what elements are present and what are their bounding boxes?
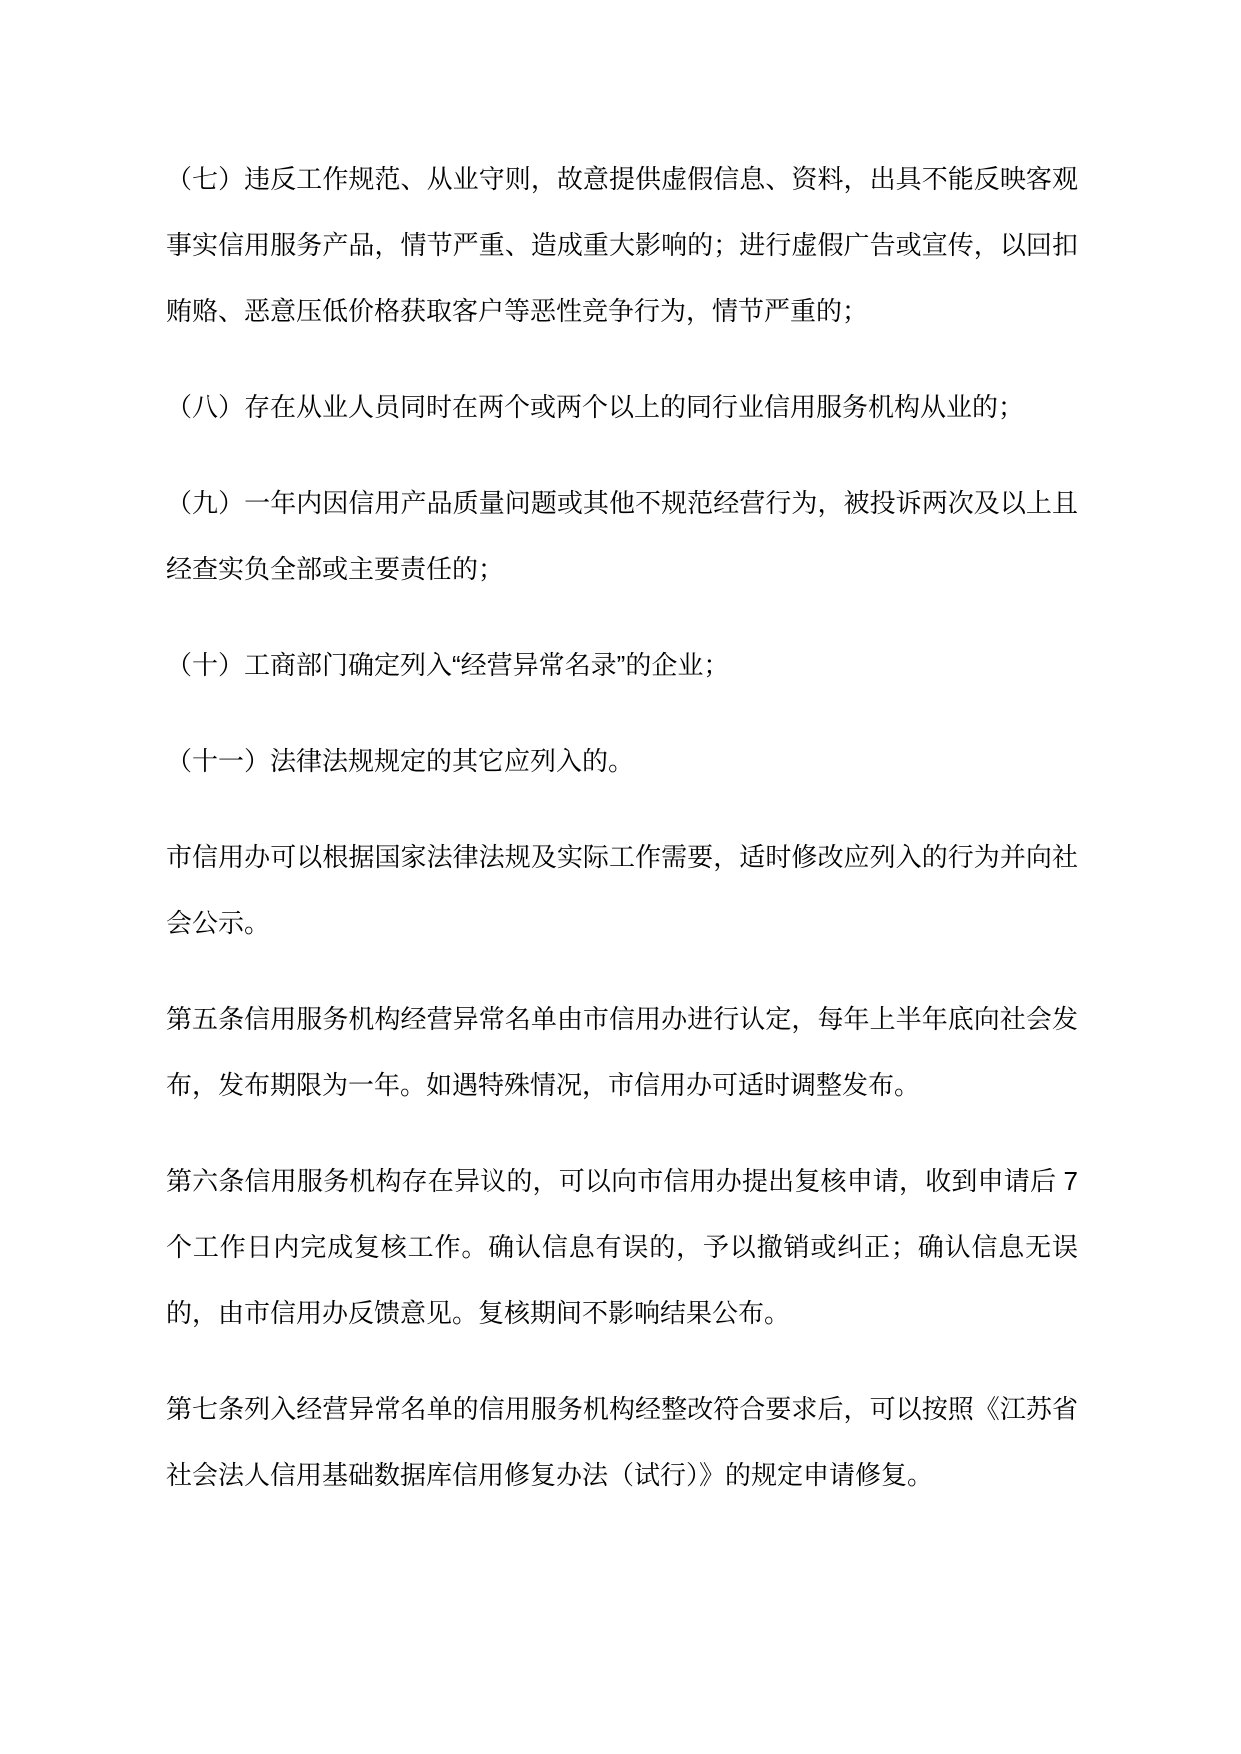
clause-item-7: （七）违反工作规范、从业守则，故意提供虚假信息、资料，出具不能反映客观事实信用服… [166,146,1078,344]
clause-item-9: （九）一年内因信用产品质量问题或其他不规范经营行为，被投诉两次及以上且经查实负全… [166,470,1078,602]
article-5: 第五条信用服务机构经营异常名单由市信用办进行认定，每年上半年底向社会发布，发布期… [166,986,1078,1118]
clause-item-11: （十一）法律法规规定的其它应列入的。 [166,728,1078,794]
amendment-note: 市信用办可以根据国家法律法规及实际工作需要，适时修改应列入的行为并向社会公示。 [166,824,1078,956]
document-content: （七）违反工作规范、从业守则，故意提供虚假信息、资料，出具不能反映客观事实信用服… [166,146,1078,1508]
document-page: （七）违反工作规范、从业守则，故意提供虚假信息、资料，出具不能反映客观事实信用服… [0,0,1241,1754]
clause-item-8: （八）存在从业人员同时在两个或两个以上的同行业信用服务机构从业的； [166,374,1078,440]
article-6: 第六条信用服务机构存在异议的，可以向市信用办提出复核申请，收到申请后 7 个工作… [166,1148,1078,1346]
article-7: 第七条列入经营异常名单的信用服务机构经整改符合要求后，可以按照《江苏省社会法人信… [166,1376,1078,1508]
clause-item-10: （十）工商部门确定列入“经营异常名录”的企业； [166,632,1078,698]
